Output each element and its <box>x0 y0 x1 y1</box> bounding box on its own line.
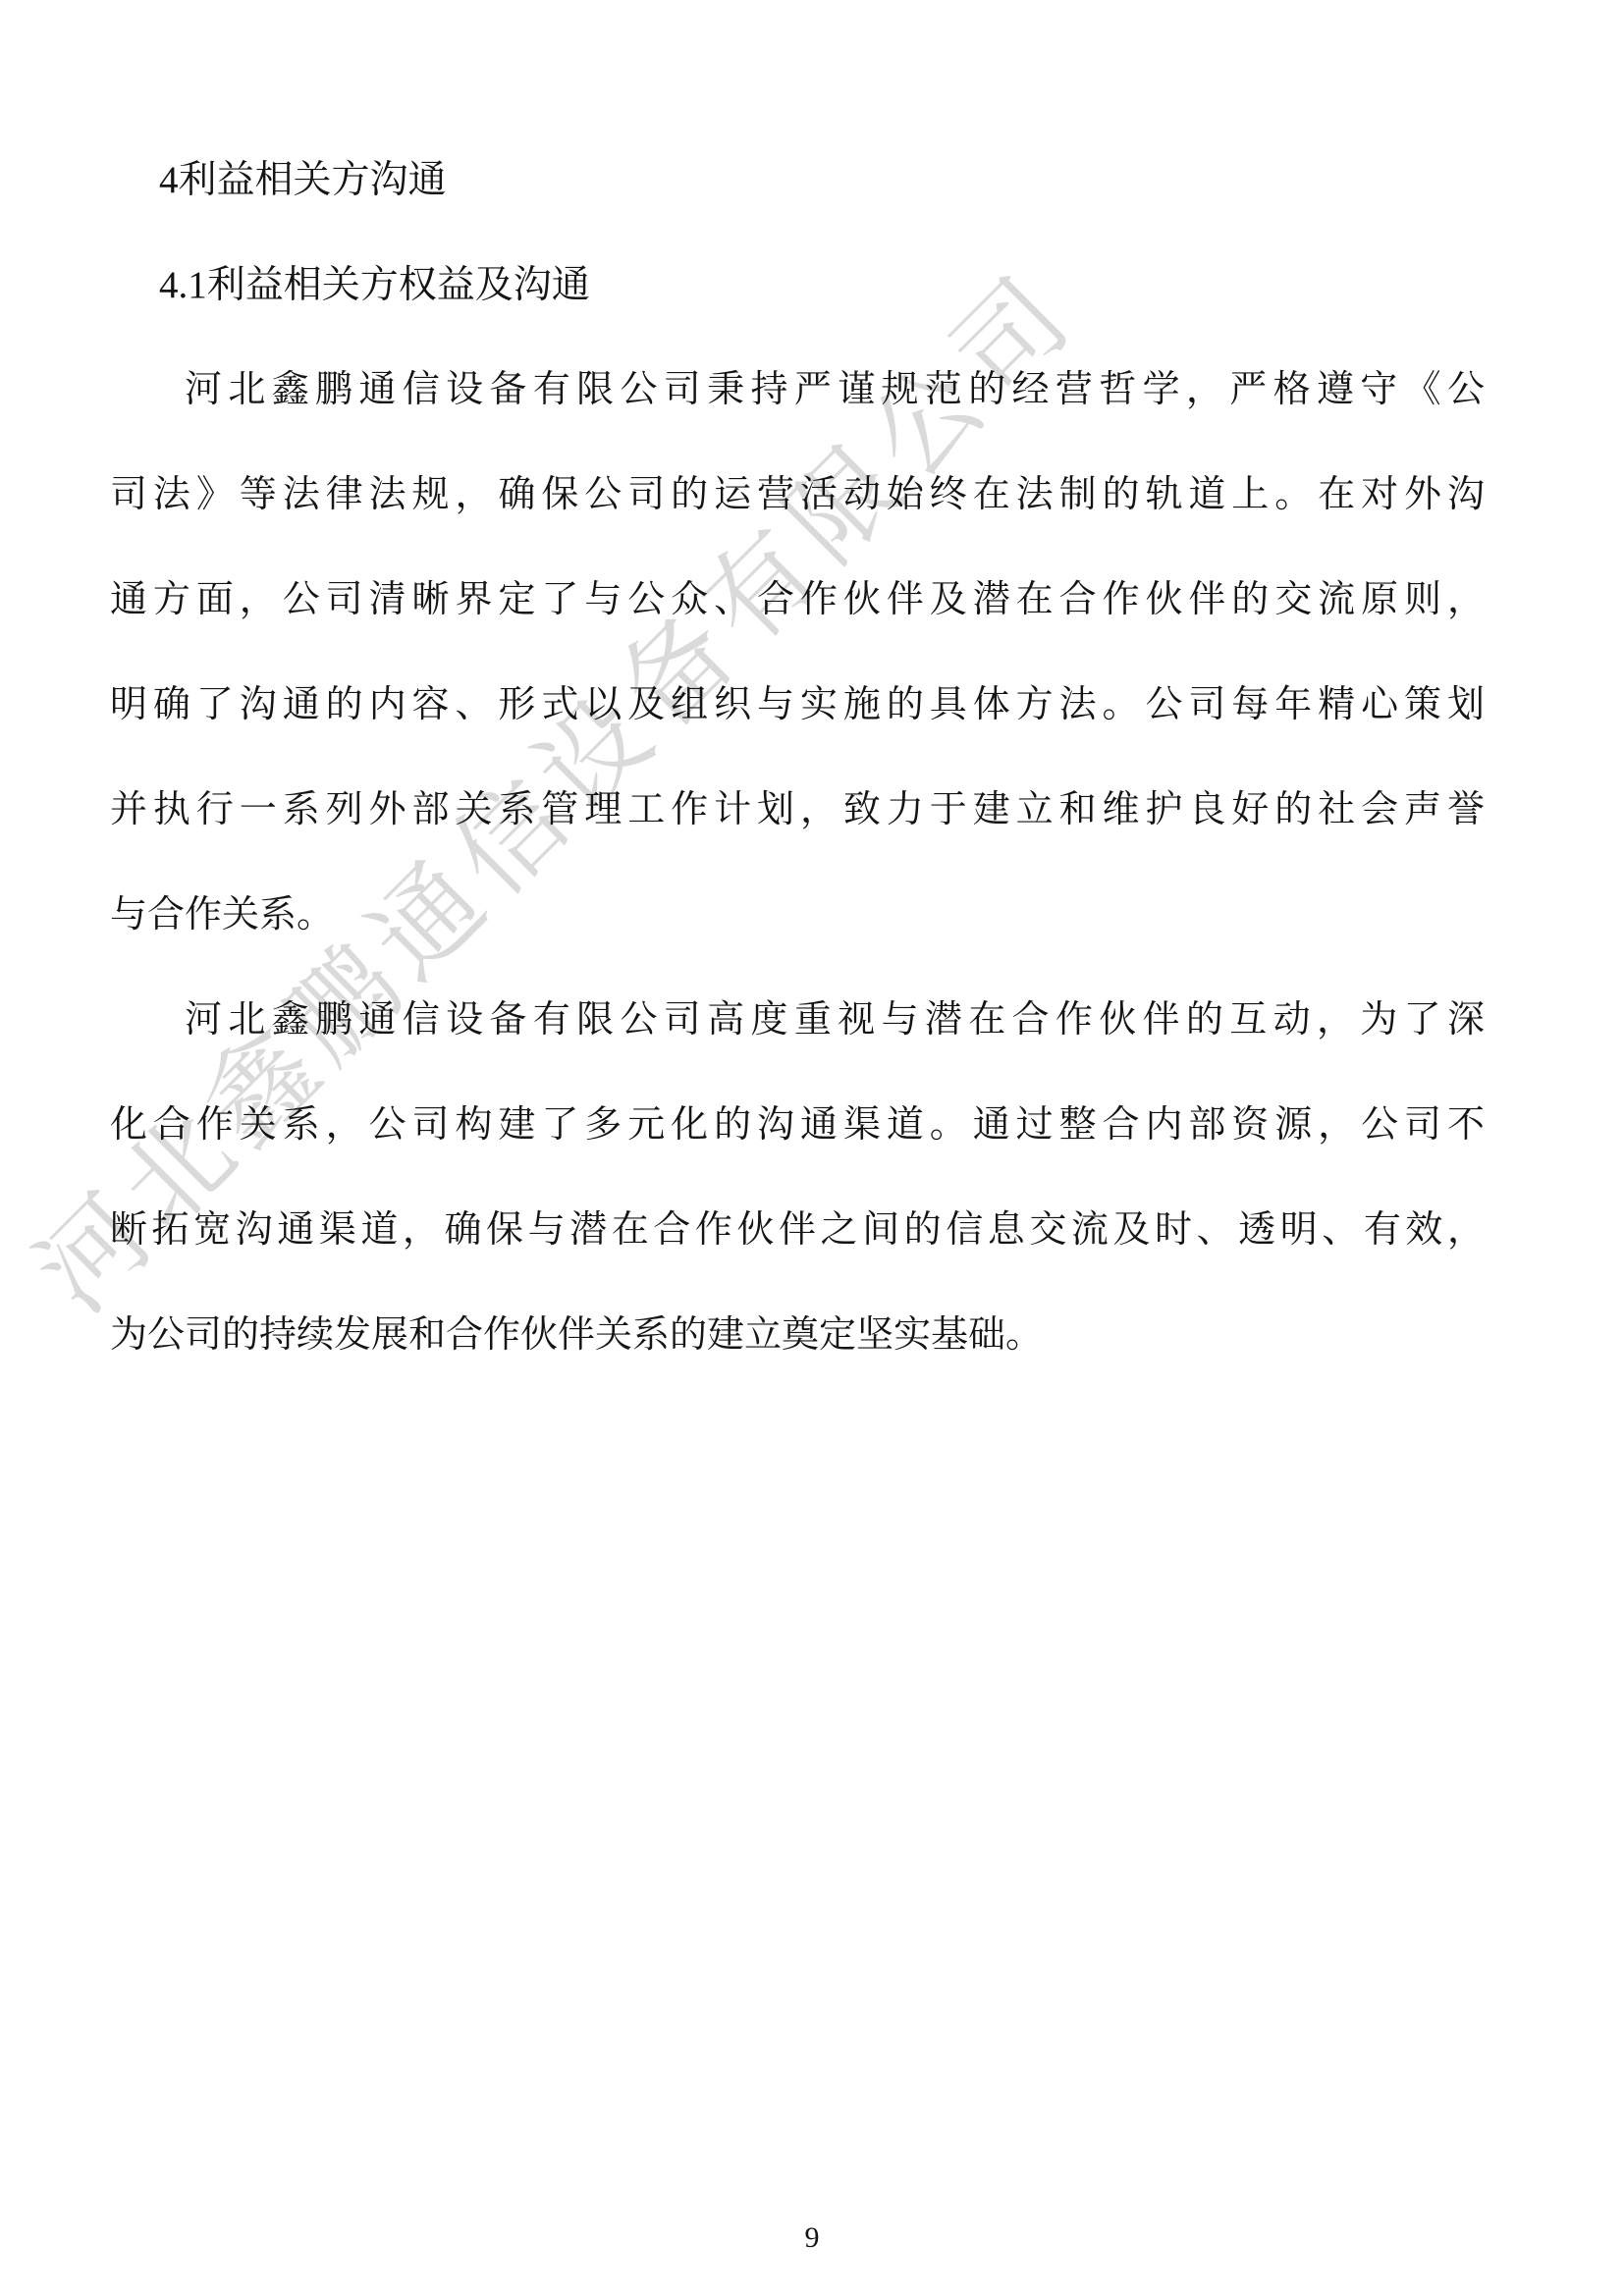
text-line: 并执行一系列外部关系管理工作计划，致力于建立和维护良好的社会声誉 <box>110 758 1485 863</box>
text-line: 河北鑫鹏通信设备有限公司秉持严谨规范的经营哲学，严格遵守《公 <box>110 338 1485 443</box>
text-line: 与合作关系。 <box>110 863 1485 968</box>
paragraph: 河北鑫鹏通信设备有限公司高度重视与潜在合作伙伴的互动，为了深化合作关系，公司构建… <box>110 968 1485 1388</box>
paragraph: 河北鑫鹏通信设备有限公司秉持严谨规范的经营哲学，严格遵守《公司法》等法律法规，确… <box>110 338 1485 968</box>
page-number: 9 <box>0 2221 1624 2255</box>
document-content: 4利益相关方沟通 4.1利益相关方权益及沟通 河北鑫鹏通信设备有限公司秉持严谨规… <box>110 128 1485 1388</box>
paragraphs: 河北鑫鹏通信设备有限公司秉持严谨规范的经营哲学，严格遵守《公司法》等法律法规，确… <box>110 338 1485 1388</box>
text-line: 通方面，公司清晰界定了与公众、合作伙伴及潜在合作伙伴的交流原则， <box>110 548 1485 653</box>
section-heading: 4利益相关方沟通 <box>110 128 1485 233</box>
text-line: 明确了沟通的内容、形式以及组织与实施的具体方法。公司每年精心策划 <box>110 653 1485 758</box>
subsection-heading: 4.1利益相关方权益及沟通 <box>110 233 1485 338</box>
text-line: 断拓宽沟通渠道，确保与潜在合作伙伴之间的信息交流及时、透明、有效， <box>110 1178 1485 1283</box>
text-line: 化合作关系，公司构建了多元化的沟通渠道。通过整合内部资源，公司不 <box>110 1073 1485 1178</box>
text-line: 为公司的持续发展和合作伙伴关系的建立奠定坚实基础。 <box>110 1283 1485 1388</box>
text-line: 司法》等法律法规，确保公司的运营活动始终在法制的轨道上。在对外沟 <box>110 443 1485 548</box>
text-line: 河北鑫鹏通信设备有限公司高度重视与潜在合作伙伴的互动，为了深 <box>110 968 1485 1073</box>
document-page: 河北鑫鹏通信设备有限公司 4利益相关方沟通 4.1利益相关方权益及沟通 河北鑫鹏… <box>0 0 1624 2296</box>
